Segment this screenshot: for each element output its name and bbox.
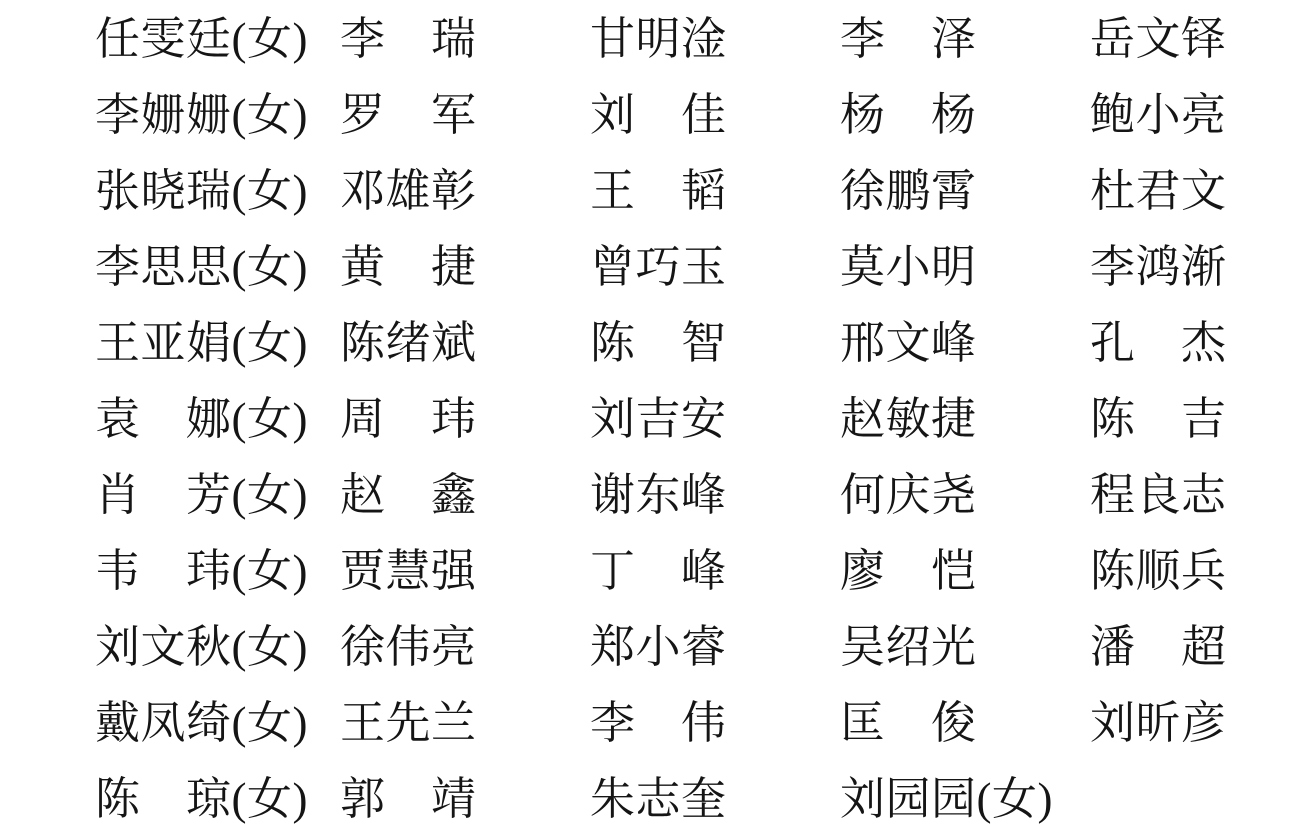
person-name: 鲍小亮 bbox=[1090, 77, 1303, 153]
person-name: 谢东峰 bbox=[590, 457, 840, 533]
person-name: 王 韬 bbox=[590, 153, 840, 229]
person-name: 莫小明 bbox=[840, 229, 1090, 305]
person-name: 甘明淦 bbox=[590, 1, 840, 77]
person-name-female: 戴凤绮(女) bbox=[95, 685, 340, 761]
person-name: 郑小睿 bbox=[590, 609, 840, 685]
person-name-female: 任雯廷(女) bbox=[95, 1, 340, 77]
person-name: 罗 军 bbox=[340, 77, 590, 153]
person-name-female: 袁 娜(女) bbox=[95, 381, 340, 457]
person-name: 陈顺兵 bbox=[1090, 533, 1303, 609]
person-name: 何庆尧 bbox=[840, 457, 1090, 533]
person-name-female: 李姗姗(女) bbox=[95, 77, 340, 153]
person-name: 郭 靖 bbox=[340, 761, 590, 837]
person-name: 李 瑞 bbox=[340, 1, 590, 77]
person-name: 陈 吉 bbox=[1090, 381, 1303, 457]
person-name: 杜君文 bbox=[1090, 153, 1303, 229]
person-name: 吴绍光 bbox=[840, 609, 1090, 685]
person-name: 匡 俊 bbox=[840, 685, 1090, 761]
person-name-female: 刘园园(女) bbox=[840, 761, 1090, 837]
person-name: 王先兰 bbox=[340, 685, 590, 761]
person-name-female: 刘文秋(女) bbox=[95, 609, 340, 685]
person-name: 刘昕彦 bbox=[1090, 685, 1303, 761]
person-name: 邢文峰 bbox=[840, 305, 1090, 381]
person-name: 杨 杨 bbox=[840, 77, 1090, 153]
person-name: 李 伟 bbox=[590, 685, 840, 761]
document-page: 任雯廷(女)李 瑞甘明淦李 泽岳文铎李姗姗(女)罗 军刘 佳杨 杨鲍小亮张晓瑞(… bbox=[0, 0, 1303, 838]
person-name: 岳文铎 bbox=[1090, 1, 1303, 77]
person-name: 曾巧玉 bbox=[590, 229, 840, 305]
person-name-female: 肖 芳(女) bbox=[95, 457, 340, 533]
person-name: 朱志奎 bbox=[590, 761, 840, 837]
person-name: 程良志 bbox=[1090, 457, 1303, 533]
person-name: 贾慧强 bbox=[340, 533, 590, 609]
person-name-female: 王亚娟(女) bbox=[95, 305, 340, 381]
person-name: 邓雄彰 bbox=[340, 153, 590, 229]
person-name: 陈绪斌 bbox=[340, 305, 590, 381]
person-name: 潘 超 bbox=[1090, 609, 1303, 685]
person-name: 刘 佳 bbox=[590, 77, 840, 153]
person-name: 赵敏捷 bbox=[840, 381, 1090, 457]
name-list: 任雯廷(女)李 瑞甘明淦李 泽岳文铎李姗姗(女)罗 军刘 佳杨 杨鲍小亮张晓瑞(… bbox=[0, 0, 1303, 838]
person-name: 刘吉安 bbox=[590, 381, 840, 457]
person-name: 赵 鑫 bbox=[340, 457, 590, 533]
person-name: 李 泽 bbox=[840, 1, 1090, 77]
person-name: 孔 杰 bbox=[1090, 305, 1303, 381]
person-name-female: 韦 玮(女) bbox=[95, 533, 340, 609]
person-name: 李鸿渐 bbox=[1090, 229, 1303, 305]
person-name-female: 李思思(女) bbox=[95, 229, 340, 305]
person-name: 徐鹏霄 bbox=[840, 153, 1090, 229]
person-name-female: 张晓瑞(女) bbox=[95, 153, 340, 229]
person-name: 周 玮 bbox=[340, 381, 590, 457]
person-name: 丁 峰 bbox=[590, 533, 840, 609]
person-name: 黄 捷 bbox=[340, 229, 590, 305]
person-name: 廖 恺 bbox=[840, 533, 1090, 609]
person-name-female: 陈 琼(女) bbox=[95, 761, 340, 837]
person-name: 陈 智 bbox=[590, 305, 840, 381]
person-name: 徐伟亮 bbox=[340, 609, 590, 685]
